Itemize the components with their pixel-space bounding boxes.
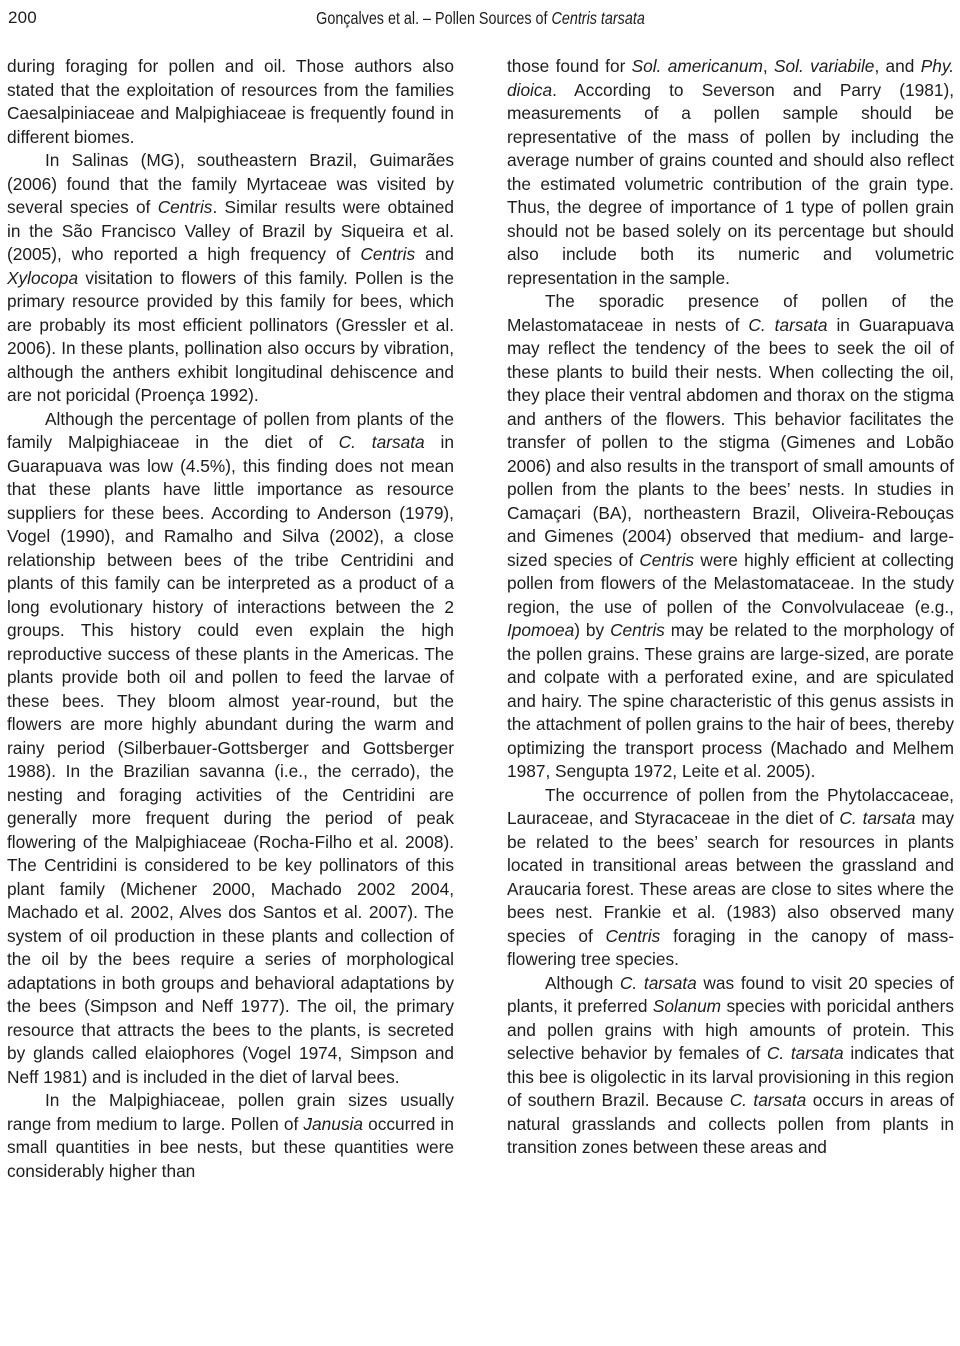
paragraph: those found for Sol. americanum, Sol. va… [507, 55, 954, 290]
italic-text-run: C. tarsata [767, 1043, 844, 1063]
running-title: Gonçalves et al. – Pollen Sources of Cen… [92, 8, 869, 29]
italic-text-run: Sol. americanum [632, 56, 763, 76]
italic-text-run: Centris [606, 926, 661, 946]
paragraph: during foraging for pollen and oil. Thos… [7, 55, 454, 149]
page-header: 200 Gonçalves et al. – Pollen Sources of… [7, 8, 954, 30]
italic-text-run: Solanum [653, 996, 721, 1016]
paragraph: In Salinas (MG), southeastern Brazil, Gu… [7, 149, 454, 408]
article-body: during foraging for pollen and oil. Thos… [7, 55, 954, 1183]
paragraph: The occurrence of pollen from the Phytol… [507, 784, 954, 972]
italic-text-run: C. tarsata [339, 432, 425, 452]
column-right: those found for Sol. americanum, Sol. va… [507, 55, 954, 1183]
italic-text-run: Ipomoea [507, 620, 574, 640]
paragraph: The sporadic presence of pollen of the M… [507, 290, 954, 784]
italic-text-run: C. tarsata [839, 808, 915, 828]
italic-text-run: Centris [639, 550, 694, 570]
italic-text-run: Janusia [303, 1114, 363, 1134]
paragraph: Although C. tarsata was found to visit 2… [507, 972, 954, 1160]
text-run: visitation to flowers of this family. Po… [7, 268, 454, 406]
text-run: may be related to the morphology of the … [507, 620, 954, 781]
text-run: those found for [507, 56, 632, 76]
italic-text-run: Centris [610, 620, 665, 640]
paragraph: Although the percentage of pollen from p… [7, 408, 454, 1090]
italic-text-run: Centris [360, 244, 415, 264]
paragraph: In the Malpighiaceae, pollen grain sizes… [7, 1089, 454, 1183]
italic-text-run: Centris tarsata [551, 8, 644, 28]
italic-text-run: C. tarsata [730, 1090, 807, 1110]
italic-text-run: Centris [158, 197, 213, 217]
text-run: Although [545, 973, 620, 993]
page-number: 200 [8, 8, 37, 28]
italic-text-run: Xylocopa [7, 268, 78, 288]
italic-text-run: Sol. variabile [774, 56, 874, 76]
text-run: during foraging for pollen and oil. Thos… [7, 56, 454, 147]
text-run: in Guarapuava may reflect the tendency o… [507, 315, 954, 570]
text-run: , [763, 56, 774, 76]
text-run: Gonçalves et al. – Pollen Sources of [316, 8, 551, 28]
text-run: . According to Severson and Parry (1981)… [507, 80, 954, 288]
italic-text-run: C. tarsata [620, 973, 697, 993]
text-run: in Guarapuava was low (4.5%), this findi… [7, 432, 454, 1087]
text-run: ) by [574, 620, 610, 640]
column-left: during foraging for pollen and oil. Thos… [7, 55, 454, 1183]
paper-page: 200 Gonçalves et al. – Pollen Sources of… [0, 0, 960, 1346]
text-run: and [415, 244, 454, 264]
italic-text-run: C. tarsata [748, 315, 827, 335]
text-run: , and [874, 56, 920, 76]
